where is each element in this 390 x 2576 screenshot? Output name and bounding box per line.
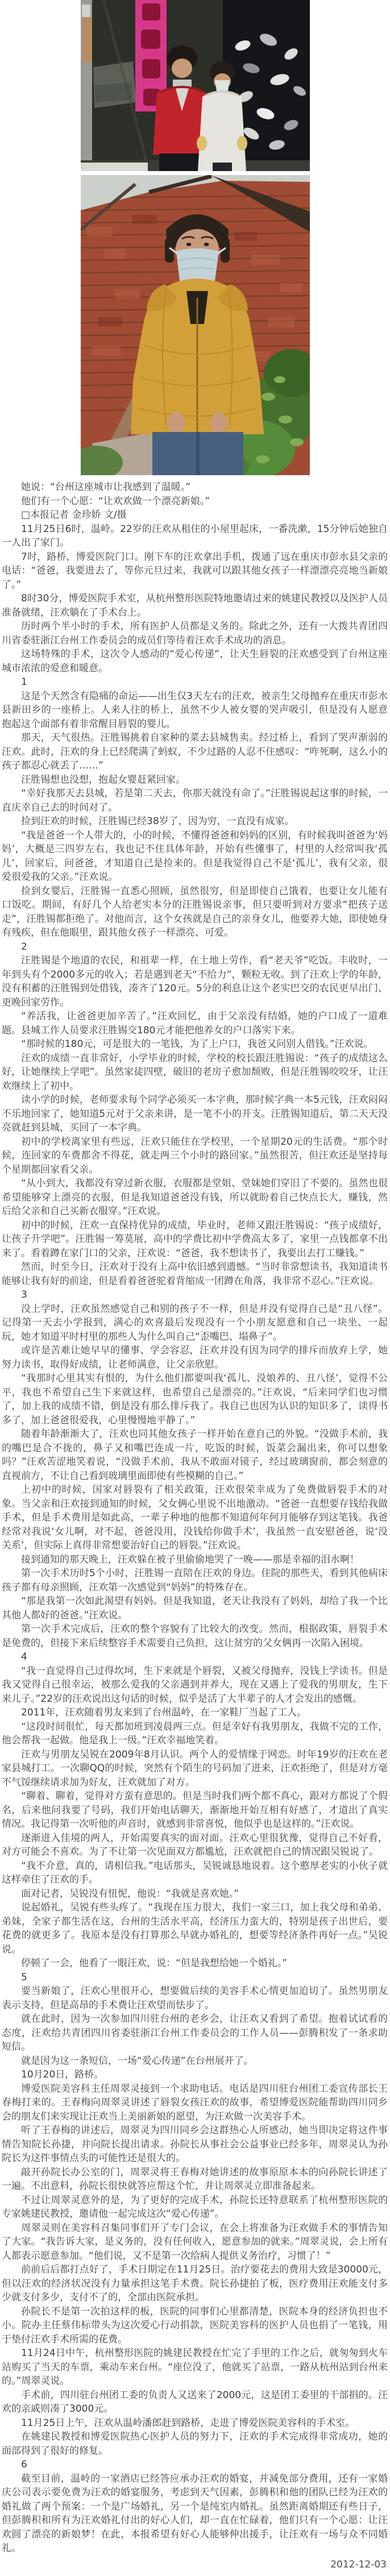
article-paragraph: 要当新娘了，汪欢心里很开心，想要做后续的美容手术心情更加迫切了。虽然男朋友表示支… [2, 1984, 388, 2012]
article-paragraph: 汪胜锡是个地道的农民，和祖辈一样，在土地上劳作，看“老天爷”吃饭。丰收时，一年到… [2, 954, 388, 1009]
article-paragraph: “这段时间很忙，每天都加班到凌晨两三点。但是幸好有我男朋友，我做不完的工作，他会… [2, 1720, 388, 1748]
article-paragraph: 10月20日，路桥。 [2, 2068, 388, 2082]
article-paragraph: 汪欢与男朋友吴锐在2009年8月认识。两个人的爱情缘于网恋。时年19岁的汪欢在老… [2, 1748, 388, 1790]
article-paragraph: 逐渐进入佳境的两人，开始需要真实的面对面。汪欢心里很犹豫，觉得自己不好看，对方可… [2, 1831, 388, 1859]
article-paragraph: □本报记者 金珍娇 文/摄 [2, 508, 388, 522]
article-paragraph: 就在此时，因为一次参加四川驻台州的老乡会，让汪欢又看到了希望。抱着试试看的态度，… [2, 2012, 388, 2054]
article-paragraph: 捡到女婴后，汪胜锡一直悉心照顾，虽然很穷，但是即使自己饿着，也要让女儿能有口饭吃… [2, 884, 388, 940]
article-paragraph: “我一直觉得自己过得坎坷，生下来就是个唇裂，又被父母抛弃，没钱上学读书。但是我又… [2, 1664, 388, 1706]
article-paragraph: 她说：“台州这座城市让我感到了温暖。” [2, 480, 388, 495]
article-paragraph: 截至目前，温岭的一家酒店已经答应承办汪欢的婚宴，并减免部分费用，还有一家婚庆公司… [2, 2472, 388, 2556]
article-paragraph: 读小学的时候，老师要求每个同学必须买一本字典，那时候字典一本5元钱，汪欢闷闷不乐… [2, 1093, 388, 1135]
article-paragraph: 听了王春梅的讲述后，周翠灵为四川同乡会这群热心人所感动，她当即决定将这件事情告知… [2, 2124, 388, 2166]
article-paragraph: 初中的学校离家里有些远，汪欢只能住在学校里，一个星期20元的生活费。“那个时候，… [2, 1135, 388, 1177]
section-number: 2 [2, 940, 388, 954]
article-paragraph: 7时，路桥，博爱医院门口。刚下车的汪欢拿出手机，拨通了远在重庆市彭水县父亲的电话… [2, 550, 388, 592]
article-paragraph: 这是个天然含有隐痛的命运——出生仅3天左右的汪欢，被亲生父母抛弃在重庆市彭水县新… [2, 689, 388, 732]
article-paragraph: 然而，时至今日，汪欢对于没有上高中依旧感到遗憾。“当时非常想读书，我知道读书能够… [2, 1260, 388, 1288]
article-paragraph: 不过让周翠灵意外的是，为了更好的完成手术，孙院长还特意联系了杭州整形医院的专家姚… [2, 2193, 388, 2221]
article-paragraph: “我不介意，真的，请相信我。”电话那头，吴锐诚恳地说着。这个憨厚老实的小伙子就这… [2, 1859, 388, 1887]
article-paragraph: 11月25日上午，汪欢从温岭潘郎赶到路桥，走进了博爱医院美容科的手术室。 [2, 2416, 388, 2430]
article-page: 她说：“台州这座城市让我感到了温暖。”他们有一个心愿：“让欢欢做一个漂亮新娘。”… [0, 0, 390, 2576]
section-number: 6 [2, 2458, 388, 2472]
article-paragraph: 随着年龄渐渐大了，汪欢也同其他女孩子一样开始在意自己的外貌。“没做手术前，我的嘴… [2, 1427, 388, 1483]
article-paragraph: 11月24日中午，杭州整形医院的姚建民教授在忙完了手里的工作之后，就匆匆到火车站… [2, 2346, 388, 2388]
article-paragraph: 手术前，四川驻台州团工委的负责人又送来了2000元，这是团工委里的干部捐的。汪欢… [2, 2388, 388, 2416]
article-paragraph: 上初中的时候，国家对唇裂有了相关政策，汪欢很荣幸成为了免费做唇裂手术的对象。当父… [2, 1483, 388, 1553]
article-paragraph: 前前后后都打点好了，手术日期定在11月25日。治疗要花去的费用大致是30000元… [2, 2263, 388, 2305]
article-paragraph: 接到通知的那天晚上，汪欢躲在被子里偷偷地哭了一晚——那是幸福的泪水啊！ [2, 1553, 388, 1567]
article-paragraph: 他们有一个心愿：“让欢欢做一个漂亮新娘。” [2, 495, 388, 509]
article-paragraph: 第一次手术完成后，汪欢的整个容貌有了比较大的改变。然而，根据政策，唇裂手术是免费… [2, 1622, 388, 1650]
article-paragraph: “从小到大，我都没有穿过新衣服，衣服都是堂姐、堂妹她们穿旧了不要的。虽然也很希望… [2, 1177, 388, 1219]
section-number: 5 [2, 1971, 388, 1985]
article-paragraph: “那是我第一次如此渴望有妈妈。但是我知道，老天让我没有了妈妈，却给了我一个比其他… [2, 1594, 388, 1622]
article-paragraph: 2011年，汪欢随着男友来到了台州温岭，在一家鞋厂当起了工人。 [2, 1706, 388, 1720]
article-paragraph: 历时两个半小时的手术，所有医护人员都是义务的。除此之外，还有一大拨共青团四川省委… [2, 620, 388, 647]
article-paragraph: 8时30分，博爱医院手术室，从杭州整形医院特地邀请过来的姚建民教授以及医护人员准… [2, 592, 388, 620]
publish-date: 2012-12-03 [0, 2556, 390, 2576]
article-paragraph: 这场特殊的手术，这次令人感动的“爱心传递”，让天生唇裂的汪欢感受到了台州这座城市… [2, 647, 388, 675]
article-paragraph: 说起婚礼，吴锐有些头疼了。“我现在压力很大，我们一家三口，加上我父母和弟弟、弟妹… [2, 1901, 388, 1956]
article-paragraph: 停顿了一会，他看了一眼汪欢，说：“但是我想给她一个婚礼。” [2, 1956, 388, 1971]
section-number: 1 [2, 675, 388, 689]
article-paragraph: 孙院长不是第一次拍这样的板，医院的同事们心里都清楚，医院本身的经济负担也不小。院… [2, 2305, 388, 2347]
article-paragraph: “幸好我那天去县城，若是第二天去，你那天就没有命了。”汪胜锡说起这事的时候，一直… [2, 787, 388, 815]
article-paragraph: 周翠灵则在美容科召集同事们开了专门会议，在会上将准备为汪欢做手术的事情告知了大家… [2, 2221, 388, 2263]
article-paragraph: 汪欢的成绩一直非常好，小学毕业的时候，学校的校长跟汪胜锡说：“孩子的成绩这么好，… [2, 1052, 388, 1094]
photo-stack [0, 0, 390, 475]
photo-woman-yellow-jacket [81, 175, 310, 475]
article-paragraph: 敲开孙院长办公室的门，周翠灵将王春梅对她讲述的故事原原本本的向孙院长讲述了一遍。… [2, 2166, 388, 2193]
article-paragraph: 11月25日6时，温岭。22岁的汪欢从租住的小屋里起床，一番洗漱，15分钟后她独… [2, 522, 388, 550]
article-paragraph: “我那时心里其实有恨的，为什么他们都要叫我‘孤儿、没娘养的、丑八怪’，觉得不公平… [2, 1372, 388, 1427]
article-paragraph: 捡到汪欢的时候，汪胜锡已经38岁了，因为穷，一直没有成家。 [2, 815, 388, 829]
article-body: 她说：“台州这座城市让我感到了温暖。”他们有一个心愿：“让欢欢做一个漂亮新娘。”… [0, 475, 390, 2556]
section-number: 4 [2, 1650, 388, 1664]
article-paragraph: 那天，天气很热。汪胜锡挑着自家种的菜去县城售卖。经过桥上，看到了哭声渐弱的汪欢。… [2, 731, 388, 773]
article-paragraph: “养活我，让爸爸更加辛苦了。”汪欢回忆，由于父亲没有结婚，她的户口成了一道难题。… [2, 1009, 388, 1037]
article-paragraph: 面对记者，吴锐没有忸怩，他说：“我就是喜欢她。” [2, 1887, 388, 1901]
article-paragraph: 初中的时候，汪欢一直保持优异的成绩，毕业时，老师又跟汪胜锡说：“孩子成绩好，让孩… [2, 1219, 388, 1261]
photo-couple-storefront [81, 0, 310, 171]
article-paragraph: 没上学时，汪欢虽然感觉自己和别的孩子不一样，但是并没有觉得自己是“丑八怪”。记得… [2, 1302, 388, 1344]
article-paragraph: 汪胜锡想也没想，抱起女婴赶紧回家。 [2, 773, 388, 787]
article-paragraph: 或许是苦难让她早早的懂事、学会容忍，汪欢并没有因为同学的排斥而放弃上学，她努力读… [2, 1344, 388, 1372]
article-paragraph: “那时候的180元，可是很大的一笔钱，为了上户口，我爸又问别人借钱。”汪欢说。 [2, 1037, 388, 1052]
article-paragraph: “我是爸爸一个人带大的，小的时候，不懂得爸爸和妈妈的区别，有时候我叫爸爸为‘妈妈… [2, 829, 388, 884]
article-paragraph: 博爱医院美容科主任周翠灵接到一个求助电话。电话是四川驻台州团工委宣传部长王春梅打… [2, 2082, 388, 2124]
article-paragraph: 就是因为这一条短信，一场“爱心传递”在台州展开了。 [2, 2054, 388, 2068]
article-paragraph: 第一次手术历时5个小时，汪胜锡一直陪在汪欢的身边。住院的那些天，看到其他病床孩子… [2, 1567, 388, 1594]
article-paragraph: “聊着、聊着，觉得对方蛮有意思的。但是当时我们两个都不真心，跟对方都说了个假名，… [2, 1789, 388, 1831]
article-paragraph: 在姚建民教授和博爱医院热心医护人员的努力下，汪欢的手术完成得非常成功，她的面部得… [2, 2430, 388, 2458]
section-number: 3 [2, 1288, 388, 1302]
